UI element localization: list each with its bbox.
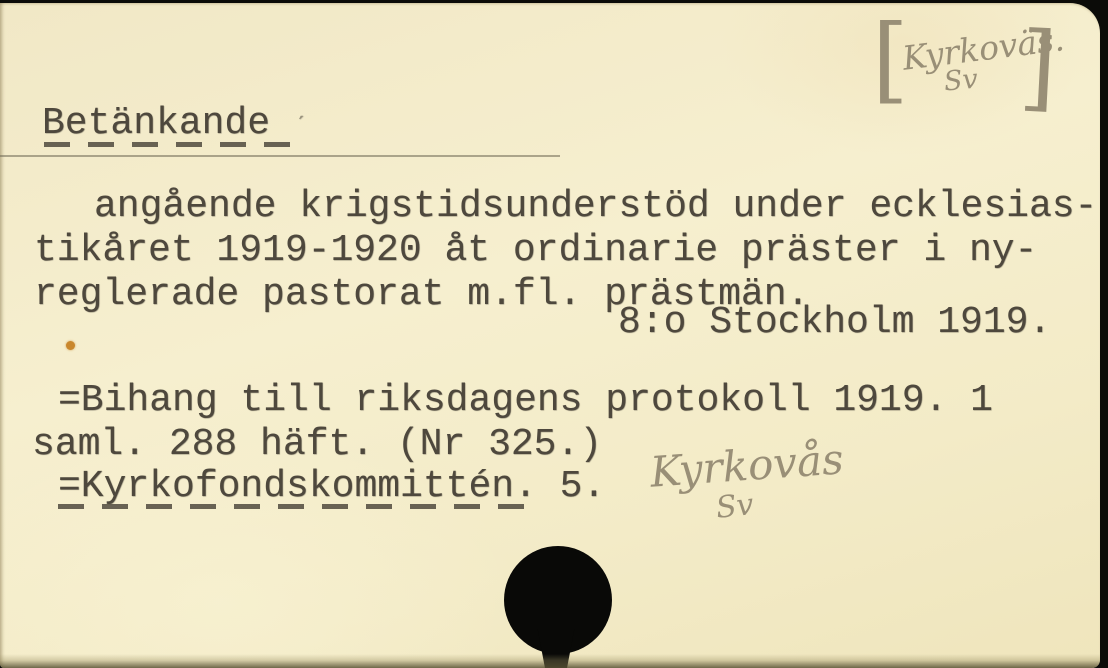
index-card: [ Kyrkoväs. Sv ] Betänkande ˊ angående k…: [0, 3, 1100, 668]
orange-fleck: [66, 341, 75, 350]
annotation-close-bracket: ]: [1017, 12, 1059, 123]
reference-dashed-underline: [58, 504, 536, 509]
reference-line-1: =Bihang till riksdagens protokoll 1919. …: [58, 380, 993, 422]
title-rule: [0, 155, 560, 157]
body-line-1: angående krigstidsunderstöd under eckles…: [94, 186, 1097, 228]
annotation-sub: Sv: [943, 64, 979, 98]
imprint-line: 8:o Stockholm 1919.: [618, 302, 1051, 344]
card-bottom-edge-shadow: [0, 654, 1100, 668]
handwriting-sub: Sv: [714, 487, 755, 526]
reference-line-3: =Kyrkofondskommittén. 5.: [58, 466, 605, 508]
reference-line-2: saml. 288 häft. (Nr 325.): [32, 424, 602, 466]
title-dashed-underline: [44, 142, 306, 147]
body-line-2: tikåret 1919-1920 åt ordinarie präster i…: [34, 230, 1037, 272]
scanned-catalog-card: [ Kyrkoväs. Sv ] Betänkande ˊ angående k…: [0, 0, 1108, 668]
card-title: Betänkande: [42, 103, 270, 145]
